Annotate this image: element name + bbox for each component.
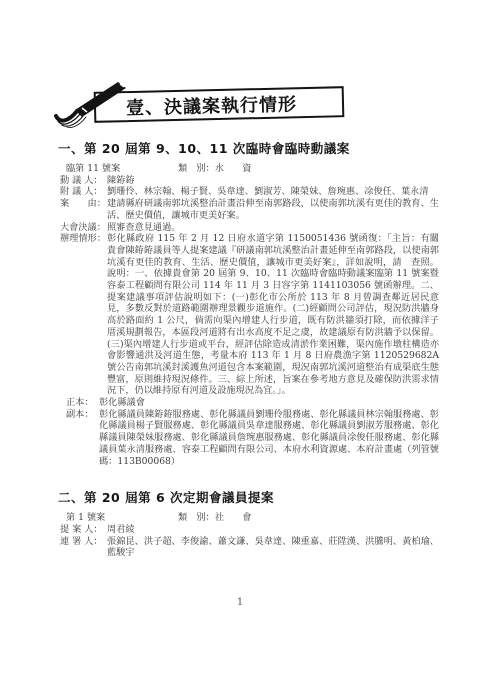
- field-value: 周君綾: [107, 524, 439, 536]
- field-label: 正本：: [66, 397, 99, 409]
- field-value: 張錦昆、洪子超、李俊諭、蕭文謙、吳韋達、陳重嘉、莊陞漢、洪騰明、黃柏瑜、藍駿宇: [107, 536, 439, 559]
- field-label: 副本：: [66, 409, 99, 468]
- section-1-case-meta: 臨第 11 號案 類 別：水 資: [66, 163, 480, 175]
- section-2-fields: 提 案 人： 周君綾 連 署 人： 張錦昆、洪子超、李俊諭、蕭文謙、吳韋達、陳重…: [60, 524, 439, 559]
- field-row-handling: 辦理情形： 彰化縣政府 115 年 2 月 12 日府水道字第 11500514…: [60, 233, 439, 397]
- section-1-fields: 動 議 人： 陳銌銌 附 議 人： 劉珊伶、林宗翰、楊子賢、吳韋達、劉淑芳、陳榮…: [60, 175, 439, 468]
- field-label: 大會決議：: [60, 222, 107, 234]
- case-number: 第 1 號案: [66, 512, 178, 524]
- field-row-subject: 案 由： 建請縣府研議南郭坑溪整治計畫沿伸至南郭路段，以使南郭坑溪有更佳的教育、…: [60, 198, 439, 221]
- field-row-proposer: 提 案 人： 周君綾: [60, 524, 439, 536]
- banner-title: 壹、決議案執行情形: [126, 90, 298, 120]
- document-page: 壹、決議案執行情形 一、第 20 屆第 9、10、11 次臨時會臨時動議案 臨第…: [0, 0, 480, 679]
- section-1-heading: 一、第 20 屆第 9、10、11 次臨時會臨時動議案: [58, 139, 480, 157]
- field-value: 陳銌銌: [107, 175, 439, 187]
- section-banner: 壹、決議案執行情形: [56, 86, 318, 124]
- field-value: 建請縣府研議南郭坑溪整治計畫沿伸至南郭路段，以使南郭坑溪有更佳的教育、生活、歷史…: [107, 198, 439, 221]
- field-row-cosigners: 連 署 人： 張錦昆、洪子超、李俊諭、蕭文謙、吳韋達、陳重嘉、莊陞漢、洪騰明、黃…: [60, 536, 439, 559]
- field-row-resolution: 大會決議： 照審查意見通過。: [60, 222, 439, 234]
- case-category: 類 別：社 會: [178, 512, 252, 524]
- field-label: 連 署 人：: [60, 536, 107, 559]
- field-row-original-copy: 正本： 彰化縣議會: [66, 397, 439, 409]
- field-value: 彰化縣政府 115 年 2 月 12 日府水道字第 1150051436 號函復…: [107, 233, 439, 397]
- page-number: 1: [0, 597, 480, 608]
- field-value: 彰化縣議會: [99, 397, 439, 409]
- field-label: 提 案 人：: [60, 524, 107, 536]
- field-value: 劉珊伶、林宗翰、楊子賢、吳韋達、劉淑芳、陳榮妹、詹琬惠、凃俊任、葉永清: [107, 186, 439, 198]
- field-row-cc-copy: 副本： 彰化縣議員陳銌銌服務處、彰化縣議員劉珊伶服務處、彰化縣議員林宗翰服務處、…: [66, 409, 439, 468]
- field-label: 動 議 人：: [60, 175, 107, 187]
- field-value: 彰化縣議員陳銌銌服務處、彰化縣議員劉珊伶服務處、彰化縣議員林宗翰服務處、彰化縣議…: [99, 409, 439, 468]
- section-2-case-meta: 第 1 號案 類 別：社 會: [66, 512, 480, 524]
- field-row-seconders: 附 議 人： 劉珊伶、林宗翰、楊子賢、吳韋達、劉淑芳、陳榮妹、詹琬惠、凃俊任、葉…: [60, 186, 439, 198]
- field-value: 照審查意見通過。: [107, 222, 439, 234]
- brush-icon: [54, 81, 150, 129]
- case-number: 臨第 11 號案: [66, 163, 178, 175]
- field-row-mover: 動 議 人： 陳銌銌: [60, 175, 439, 187]
- section-2-heading: 二、第 20 屆第 6 次定期會議員提案: [58, 488, 480, 506]
- field-label: 附 議 人：: [60, 186, 107, 198]
- case-category: 類 別：水 資: [178, 163, 252, 175]
- field-label: 辦理情形：: [60, 233, 107, 397]
- field-label: 案 由：: [60, 198, 107, 221]
